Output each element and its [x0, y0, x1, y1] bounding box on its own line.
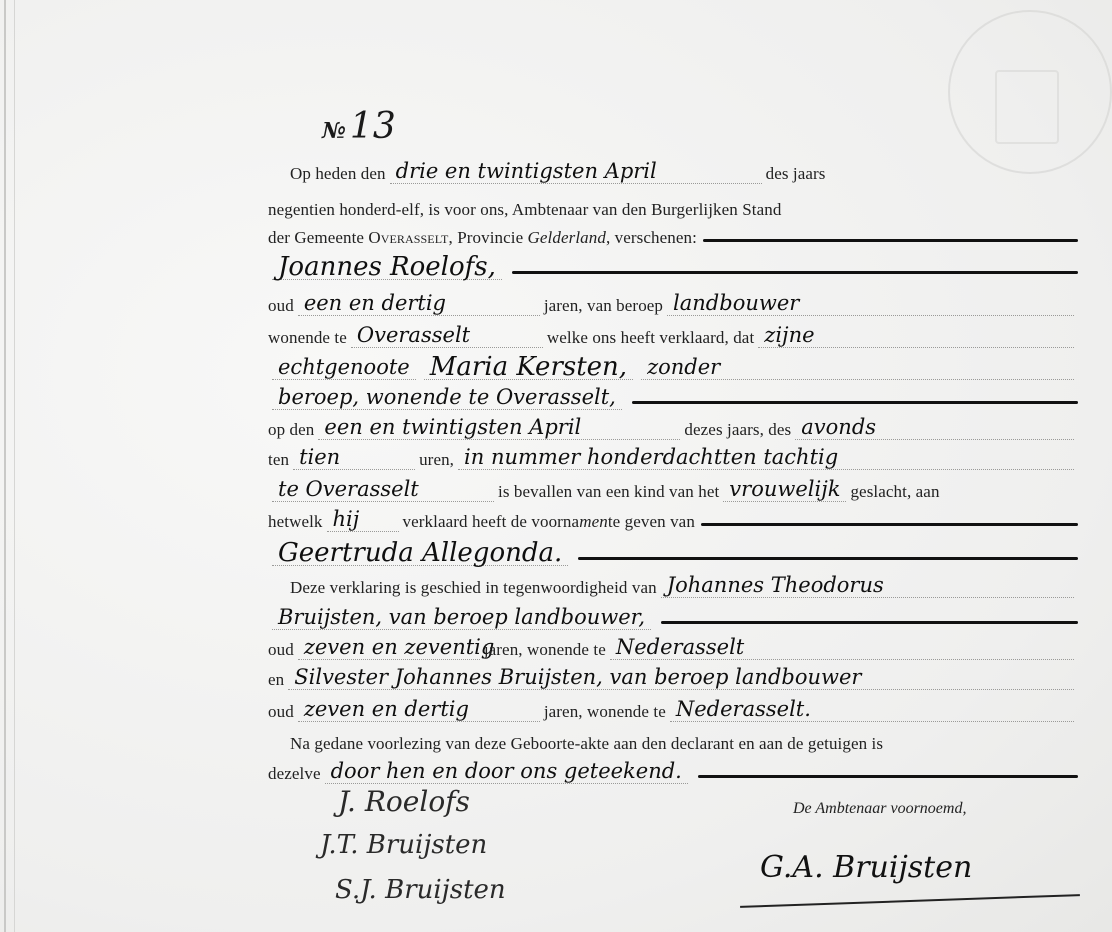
margin-line — [14, 0, 15, 932]
doc-line: Geertruda Allegonda. — [268, 530, 1078, 566]
official-label: De Ambtenaar voornoemd, — [793, 800, 966, 818]
doc-line: oud een en dertig jaren, van beroep land… — [268, 280, 1078, 316]
date-handwritten: drie en twintigsten April — [390, 159, 762, 184]
fill-line — [512, 271, 1078, 274]
fill-line — [701, 523, 1078, 526]
record-number-value: 13 — [350, 106, 396, 147]
fill-line — [703, 239, 1078, 242]
signature-declarant: J. Roelofs — [338, 785, 470, 818]
doc-line: Op heden den drie en twintigsten April d… — [290, 148, 1100, 184]
fill-line — [698, 775, 1078, 778]
signature-underline — [740, 894, 1080, 908]
doc-line: dezelve door hen en door ons geteekend. — [268, 748, 1078, 784]
doc-line: hetwelk hij verklaard heeft de voornamen… — [268, 496, 1078, 532]
doc-line: Deze verklaring is geschied in tegenwoor… — [290, 562, 1078, 598]
doc-line: Joannes Roelofs, — [268, 244, 1078, 280]
declarant-name: Joannes Roelofs, — [272, 255, 502, 280]
doc-line: der Gemeente Overasselt , Provincie Geld… — [268, 212, 1078, 248]
signature-witness-2: S.J. Bruijsten — [335, 875, 506, 905]
doc-line: en Silvester Johannes Bruijsten, van ber… — [268, 654, 1078, 690]
fill-line — [578, 557, 1078, 560]
doc-line: oud zeven en dertig jaren, wonende te Ne… — [268, 686, 1078, 722]
signature-witness-1: J.T. Bruijsten — [320, 830, 487, 860]
doc-line: wonende te Overasselt welke ons heeft ve… — [268, 312, 1078, 348]
record-number: №13 — [322, 106, 396, 147]
signature-official: G.A. Bruijsten — [760, 850, 972, 885]
document-page: №13 Op heden den drie en twintigsten Apr… — [0, 0, 1112, 932]
seal-shield-icon — [995, 70, 1059, 144]
margin-line — [4, 0, 6, 932]
doc-line: ten tien uren, in nummer honderdachtten … — [268, 434, 1078, 470]
